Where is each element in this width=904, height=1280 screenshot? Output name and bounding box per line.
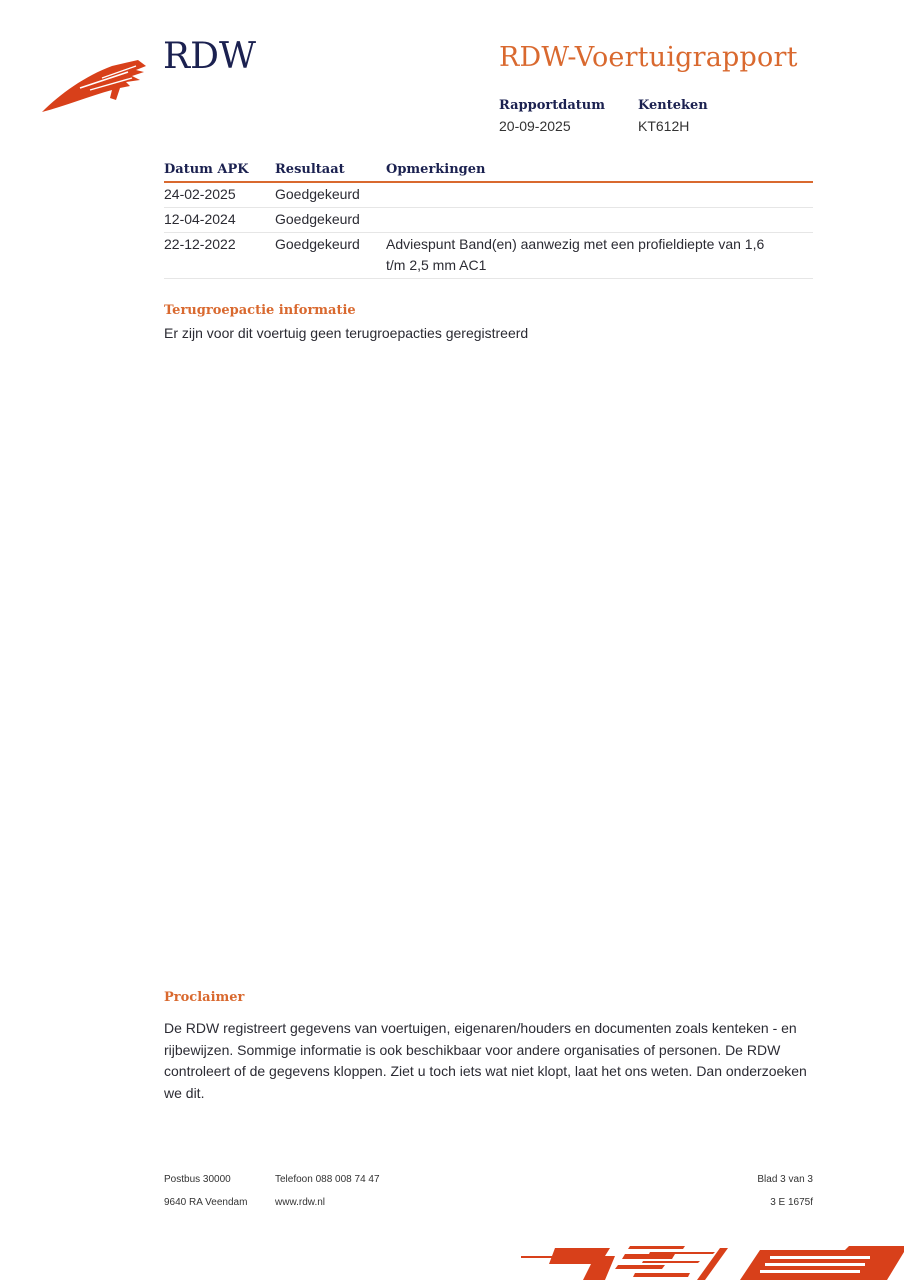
footer-website-link[interactable]: www.rdw.nl: [275, 1197, 325, 1208]
footer-phone: Telefoon 088 008 74 47: [275, 1174, 380, 1185]
apk-history-table: Datum APK Resultaat Opmerkingen 24-02-20…: [164, 160, 813, 279]
footer-page-number: Blad 3 van 3: [757, 1174, 813, 1185]
footer-postbus: Postbus 30000: [164, 1174, 231, 1185]
table-header-row: Datum APK Resultaat Opmerkingen: [164, 160, 813, 182]
footer-document-code: 3 E 1675f: [770, 1197, 813, 1208]
footer-city: 9640 RA Veendam: [164, 1197, 247, 1208]
column-header-result: Resultaat: [275, 160, 386, 182]
apk-remarks: [386, 182, 813, 208]
table-row: 12-04-2024 Goedgekeurd: [164, 208, 813, 233]
table-row: 24-02-2025 Goedgekeurd: [164, 182, 813, 208]
apk-remarks: [386, 208, 813, 233]
rdw-feather-logo-icon: [40, 56, 150, 116]
apk-result: Goedgekeurd: [275, 182, 386, 208]
column-header-remarks: Opmerkingen: [386, 160, 813, 182]
proclaimer-title: Proclaimer: [164, 990, 244, 1005]
license-plate-label: Kenteken: [638, 98, 708, 113]
recall-section-title: Terugroepactie informatie: [164, 303, 356, 318]
column-header-date: Datum APK: [164, 160, 275, 182]
apk-date: 12-04-2024: [164, 208, 275, 233]
report-date-value: 20-09-2025: [499, 118, 571, 134]
proclaimer-text: De RDW registreert gegevens van voertuig…: [164, 1018, 814, 1104]
table-row: 22-12-2022 Goedgekeurd Adviespunt Band(e…: [164, 233, 813, 279]
apk-date: 24-02-2025: [164, 182, 275, 208]
apk-date: 22-12-2022: [164, 233, 275, 279]
report-title: RDW-Voertuigrapport: [499, 42, 798, 73]
apk-result: Goedgekeurd: [275, 208, 386, 233]
apk-remarks: Adviespunt Band(en) aanwezig met een pro…: [386, 233, 813, 279]
license-plate-value: KT612H: [638, 118, 689, 134]
rdw-logo-text: RDW: [163, 36, 256, 77]
rdw-stripes-graphic-icon: [515, 1240, 904, 1280]
apk-result: Goedgekeurd: [275, 233, 386, 279]
report-date-label: Rapportdatum: [499, 98, 605, 113]
recall-info-text: Er zijn voor dit voertuig geen terugroep…: [164, 325, 528, 341]
